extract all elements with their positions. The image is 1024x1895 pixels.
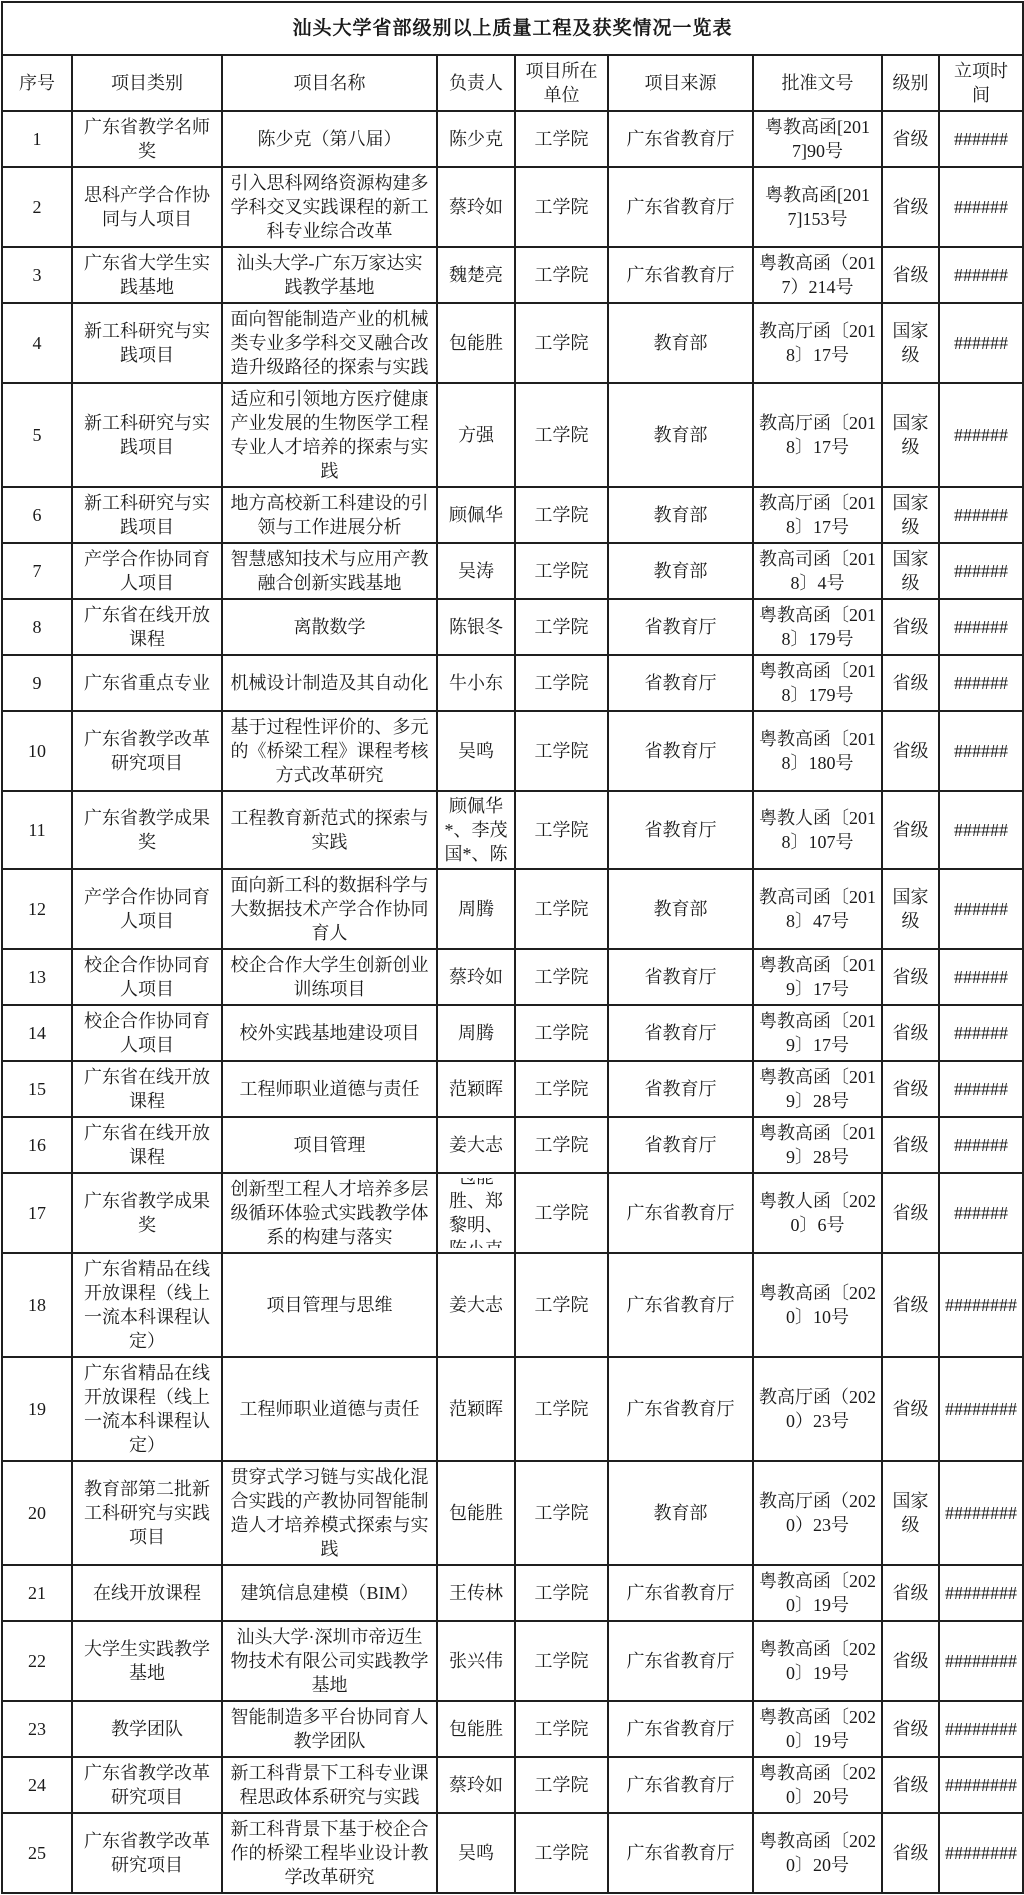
cell-unit: 工学院 — [515, 711, 608, 791]
table-row: 20教育部第二批新工科研究与实践项目贯穿式学习链与实战化混合实践的产教协同智能制… — [2, 1461, 1023, 1565]
cell-category: 产学合作协同育人项目 — [72, 869, 222, 949]
cell-name: 智慧感知技术与应用产教融合创新实践基地 — [222, 543, 437, 599]
column-header-doc_no: 批准文号 — [753, 55, 882, 111]
cell-index: 13 — [2, 949, 72, 1005]
cell-date: ###### — [939, 1117, 1023, 1173]
cell-index: 10 — [2, 711, 72, 791]
cell-unit: 工学院 — [515, 487, 608, 543]
cell-leader: 蔡玲如 — [437, 167, 515, 247]
cell-index: 20 — [2, 1461, 72, 1565]
cell-category: 广东省教学名师奖 — [72, 111, 222, 167]
cell-name: 工程师职业道德与责任 — [222, 1061, 437, 1117]
cell-unit: 工学院 — [515, 1757, 608, 1813]
cell-index: 15 — [2, 1061, 72, 1117]
cell-source: 省教育厅 — [608, 655, 753, 711]
cell-index: 1 — [2, 111, 72, 167]
cell-index: 14 — [2, 1005, 72, 1061]
cell-source: 省教育厅 — [608, 1005, 753, 1061]
cell-unit: 工学院 — [515, 247, 608, 303]
cell-date: ###### — [939, 1005, 1023, 1061]
quality-projects-table: 汕头大学省部级别以上质量工程及获奖情况一览表 序号项目类别项目名称负责人项目所在… — [1, 1, 1024, 1894]
cell-source: 广东省教育厅 — [608, 1621, 753, 1701]
cell-source: 教育部 — [608, 543, 753, 599]
cell-source: 广东省教育厅 — [608, 1173, 753, 1253]
cell-source: 广东省教育厅 — [608, 247, 753, 303]
cell-doc_no: 粤教高函〔2018〕179号 — [753, 599, 882, 655]
cell-name: 项目管理与思维 — [222, 1253, 437, 1357]
cell-doc_no: 粤教高函〔2020〕19号 — [753, 1565, 882, 1621]
cell-category: 新工科研究与实践项目 — [72, 303, 222, 383]
cell-name: 新工科背景下工科专业课程思政体系研究与实践 — [222, 1757, 437, 1813]
cell-unit: 工学院 — [515, 655, 608, 711]
cell-date: ###### — [939, 167, 1023, 247]
table-row: 19广东省精品在线开放课程（线上一流本科课程认定）工程师职业道德与责任范颖晖工学… — [2, 1357, 1023, 1461]
cell-leader: 陈少克 — [437, 111, 515, 167]
cell-level: 省级 — [882, 1813, 939, 1893]
cell-date: ###### — [939, 303, 1023, 383]
cell-unit: 工学院 — [515, 1253, 608, 1357]
cell-category: 在线开放课程 — [72, 1565, 222, 1621]
cell-date: ###### — [939, 1173, 1023, 1253]
table-row: 2思科产学合作协同与人项目引入思科网络资源构建多学科交叉实践课程的新工科专业综合… — [2, 167, 1023, 247]
cell-name: 项目管理 — [222, 1117, 437, 1173]
cell-doc_no: 粤教高函[2017]153号 — [753, 167, 882, 247]
cell-leader: 包能胜、郑黎明、陈小克 — [437, 1173, 515, 1253]
cell-date: ###### — [939, 711, 1023, 791]
table-row: 13校企合作协同育人项目校企合作大学生创新创业训练项目蔡玲如工学院省教育厅粤教高… — [2, 949, 1023, 1005]
cell-index: 18 — [2, 1253, 72, 1357]
cell-level: 省级 — [882, 791, 939, 869]
cell-doc_no: 粤教人函〔2020〕6号 — [753, 1173, 882, 1253]
cell-level: 省级 — [882, 1005, 939, 1061]
cell-level: 省级 — [882, 1701, 939, 1757]
cell-leader: 王传林 — [437, 1565, 515, 1621]
cell-leader: 顾佩华 — [437, 487, 515, 543]
table-row: 9广东省重点专业机械设计制造及其自动化牛小东工学院省教育厅粤教高函〔2018〕1… — [2, 655, 1023, 711]
cell-source: 省教育厅 — [608, 1061, 753, 1117]
cell-level: 省级 — [882, 599, 939, 655]
cell-category: 广东省教学成果奖 — [72, 791, 222, 869]
cell-leader: 姜大志 — [437, 1253, 515, 1357]
cell-doc_no: 教高司函〔2018〕47号 — [753, 869, 882, 949]
cell-doc_no: 教高厅函（2020）23号 — [753, 1357, 882, 1461]
cell-index: 12 — [2, 869, 72, 949]
table-row: 15广东省在线开放课程工程师职业道德与责任范颖晖工学院省教育厅粤教高函〔2019… — [2, 1061, 1023, 1117]
cell-source: 省教育厅 — [608, 599, 753, 655]
cell-category: 广东省精品在线开放课程（线上一流本科课程认定） — [72, 1253, 222, 1357]
cell-unit: 工学院 — [515, 1357, 608, 1461]
cell-source: 广东省教育厅 — [608, 167, 753, 247]
cell-level: 省级 — [882, 1173, 939, 1253]
column-header-level: 级别 — [882, 55, 939, 111]
table-body: 1广东省教学名师奖陈少克（第八届）陈少克工学院广东省教育厅粤教高函[2017]9… — [2, 111, 1023, 1893]
cell-index: 19 — [2, 1357, 72, 1461]
table-row: 4新工科研究与实践项目面向智能制造产业的机械类专业多学科交叉融合改造升级路径的探… — [2, 303, 1023, 383]
table-row: 8广东省在线开放课程离散数学陈银冬工学院省教育厅粤教高函〔2018〕179号省级… — [2, 599, 1023, 655]
cell-category: 校企合作协同育人项目 — [72, 1005, 222, 1061]
cell-date: ###### — [939, 869, 1023, 949]
cell-leader: 陈银冬 — [437, 599, 515, 655]
cell-leader: 方强 — [437, 383, 515, 487]
cell-name: 工程师职业道德与责任 — [222, 1357, 437, 1461]
cell-doc_no: 教高厅函〔2018〕17号 — [753, 487, 882, 543]
cell-unit: 工学院 — [515, 869, 608, 949]
cell-unit: 工学院 — [515, 383, 608, 487]
cell-name: 陈少克（第八届） — [222, 111, 437, 167]
table-row: 14校企合作协同育人项目校外实践基地建设项目周腾工学院省教育厅粤教高函〔2019… — [2, 1005, 1023, 1061]
cell-leader: 吴涛 — [437, 543, 515, 599]
cell-level: 国家级 — [882, 869, 939, 949]
cell-source: 教育部 — [608, 383, 753, 487]
cell-level: 省级 — [882, 711, 939, 791]
cell-date: ###### — [939, 1061, 1023, 1117]
cell-date: ###### — [939, 599, 1023, 655]
cell-level: 国家级 — [882, 303, 939, 383]
cell-unit: 工学院 — [515, 791, 608, 869]
cell-unit: 工学院 — [515, 1565, 608, 1621]
table-row: 6新工科研究与实践项目地方高校新工科建设的引领与工作进展分析顾佩华工学院教育部教… — [2, 487, 1023, 543]
cell-source: 广东省教育厅 — [608, 1757, 753, 1813]
table-row: 3广东省大学生实践基地汕头大学-广东万家达实践教学基地魏楚亮工学院广东省教育厅粤… — [2, 247, 1023, 303]
cell-level: 省级 — [882, 1357, 939, 1461]
cell-unit: 工学院 — [515, 303, 608, 383]
cell-leader: 蔡玲如 — [437, 1757, 515, 1813]
cell-source: 广东省教育厅 — [608, 1357, 753, 1461]
cell-date: ###### — [939, 111, 1023, 167]
cell-name: 工程教育新范式的探索与实践 — [222, 791, 437, 869]
cell-name: 面向新工科的数据科学与大数据技术产学合作协同育人 — [222, 869, 437, 949]
cell-date: ######## — [939, 1701, 1023, 1757]
table-row: 10广东省教学改革研究项目基于过程性评价的、多元的《桥梁工程》课程考核方式改革研… — [2, 711, 1023, 791]
cell-date: ###### — [939, 247, 1023, 303]
cell-level: 省级 — [882, 167, 939, 247]
cell-index: 4 — [2, 303, 72, 383]
cell-category: 广东省大学生实践基地 — [72, 247, 222, 303]
title-row: 汕头大学省部级别以上质量工程及获奖情况一览表 — [2, 2, 1023, 55]
cell-leader: 包能胜 — [437, 1701, 515, 1757]
table-row: 17广东省教学成果奖创新型工程人才培养多层级循环体验式实践教学体系的构建与落实包… — [2, 1173, 1023, 1253]
table-row: 25广东省教学改革研究项目新工科背景下基于校企合作的桥梁工程毕业设计教学改革研究… — [2, 1813, 1023, 1893]
cell-index: 9 — [2, 655, 72, 711]
cell-doc_no: 粤教高函〔2020〕10号 — [753, 1253, 882, 1357]
cell-index: 8 — [2, 599, 72, 655]
cell-level: 省级 — [882, 1621, 939, 1701]
cell-leader: 包能胜 — [437, 303, 515, 383]
cell-category: 广东省在线开放课程 — [72, 1117, 222, 1173]
cell-doc_no: 粤教高函[2017]90号 — [753, 111, 882, 167]
cell-leader: 顾佩华*、李茂国*、陈 — [437, 791, 515, 869]
table-row: 7产学合作协同育人项目智慧感知技术与应用产教融合创新实践基地吴涛工学院教育部教高… — [2, 543, 1023, 599]
cell-unit: 工学院 — [515, 1061, 608, 1117]
table-row: 5新工科研究与实践项目适应和引领地方医疗健康产业发展的生物医学工程专业人才培养的… — [2, 383, 1023, 487]
cell-date: ###### — [939, 383, 1023, 487]
cell-date: ###### — [939, 791, 1023, 869]
cell-unit: 工学院 — [515, 1117, 608, 1173]
cell-leader: 蔡玲如 — [437, 949, 515, 1005]
cell-name: 地方高校新工科建设的引领与工作进展分析 — [222, 487, 437, 543]
cell-category: 广东省教学成果奖 — [72, 1173, 222, 1253]
cell-category: 广东省教学改革研究项目 — [72, 711, 222, 791]
cell-doc_no: 粤教高函〔2019〕17号 — [753, 1005, 882, 1061]
header-row: 序号项目类别项目名称负责人项目所在单位项目来源批准文号级别立项时间 — [2, 55, 1023, 111]
cell-date: ######## — [939, 1253, 1023, 1357]
cell-name: 基于过程性评价的、多元的《桥梁工程》课程考核方式改革研究 — [222, 711, 437, 791]
column-header-unit: 项目所在单位 — [515, 55, 608, 111]
cell-category: 思科产学合作协同与人项目 — [72, 167, 222, 247]
cell-name: 汕头大学-广东万家达实践教学基地 — [222, 247, 437, 303]
cell-leader: 范颖晖 — [437, 1061, 515, 1117]
cell-unit: 工学院 — [515, 599, 608, 655]
cell-date: ######## — [939, 1565, 1023, 1621]
cell-date: ###### — [939, 487, 1023, 543]
column-header-date: 立项时间 — [939, 55, 1023, 111]
cell-level: 省级 — [882, 1061, 939, 1117]
cell-category: 广东省在线开放课程 — [72, 1061, 222, 1117]
column-header-category: 项目类别 — [72, 55, 222, 111]
cell-level: 省级 — [882, 1757, 939, 1813]
cell-date: ######## — [939, 1461, 1023, 1565]
cell-category: 校企合作协同育人项目 — [72, 949, 222, 1005]
cell-category: 教学团队 — [72, 1701, 222, 1757]
cell-level: 省级 — [882, 655, 939, 711]
cell-level: 国家级 — [882, 383, 939, 487]
cell-index: 5 — [2, 383, 72, 487]
cell-leader: 姜大志 — [437, 1117, 515, 1173]
cell-name: 智能制造多平台协同育人教学团队 — [222, 1701, 437, 1757]
cell-index: 2 — [2, 167, 72, 247]
cell-leader: 包能胜 — [437, 1461, 515, 1565]
cell-unit: 工学院 — [515, 949, 608, 1005]
cell-doc_no: 粤教高函（2017）214号 — [753, 247, 882, 303]
cell-doc_no: 粤教高函〔2020〕20号 — [753, 1757, 882, 1813]
cell-leader: 魏楚亮 — [437, 247, 515, 303]
cell-unit: 工学院 — [515, 167, 608, 247]
cell-unit: 工学院 — [515, 1005, 608, 1061]
cell-source: 广东省教育厅 — [608, 1565, 753, 1621]
cell-source: 广东省教育厅 — [608, 111, 753, 167]
cell-name: 面向智能制造产业的机械类专业多学科交叉融合改造升级路径的探索与实践 — [222, 303, 437, 383]
cell-name: 建筑信息建模（BIM） — [222, 1565, 437, 1621]
cell-leader: 张兴伟 — [437, 1621, 515, 1701]
table-row: 11广东省教学成果奖工程教育新范式的探索与实践顾佩华*、李茂国*、陈工学院省教育… — [2, 791, 1023, 869]
cell-name: 机械设计制造及其自动化 — [222, 655, 437, 711]
cell-leader: 周腾 — [437, 1005, 515, 1061]
cell-index: 3 — [2, 247, 72, 303]
cell-level: 国家级 — [882, 487, 939, 543]
cell-doc_no: 粤教高函〔2018〕179号 — [753, 655, 882, 711]
cell-doc_no: 粤教高函〔2019〕28号 — [753, 1061, 882, 1117]
table-row: 21在线开放课程建筑信息建模（BIM）王传林工学院广东省教育厅粤教高函〔2020… — [2, 1565, 1023, 1621]
table-row: 18广东省精品在线开放课程（线上一流本科课程认定）项目管理与思维姜大志工学院广东… — [2, 1253, 1023, 1357]
cell-doc_no: 粤教人函〔2018〕107号 — [753, 791, 882, 869]
cell-category: 广东省精品在线开放课程（线上一流本科课程认定） — [72, 1357, 222, 1461]
cell-index: 7 — [2, 543, 72, 599]
cell-category: 广东省教学改革研究项目 — [72, 1813, 222, 1893]
cell-doc_no: 粤教高函〔2020〕20号 — [753, 1813, 882, 1893]
cell-leader: 吴鸣 — [437, 711, 515, 791]
cell-index: 25 — [2, 1813, 72, 1893]
cell-index: 6 — [2, 487, 72, 543]
cell-level: 省级 — [882, 949, 939, 1005]
table-row: 1广东省教学名师奖陈少克（第八届）陈少克工学院广东省教育厅粤教高函[2017]9… — [2, 111, 1023, 167]
cell-date: ###### — [939, 949, 1023, 1005]
cell-unit: 工学院 — [515, 1813, 608, 1893]
cell-category: 广东省重点专业 — [72, 655, 222, 711]
cell-category: 广东省教学改革研究项目 — [72, 1757, 222, 1813]
cell-doc_no: 粤教高函〔2019〕17号 — [753, 949, 882, 1005]
cell-level: 省级 — [882, 1565, 939, 1621]
cell-leader: 牛小东 — [437, 655, 515, 711]
cell-unit: 工学院 — [515, 1461, 608, 1565]
cell-category: 教育部第二批新工科研究与实践项目 — [72, 1461, 222, 1565]
cell-doc_no: 教高厅函〔2018〕17号 — [753, 303, 882, 383]
cell-doc_no: 粤教高函〔2018〕180号 — [753, 711, 882, 791]
cell-level: 省级 — [882, 247, 939, 303]
table-row: 23教学团队智能制造多平台协同育人教学团队包能胜工学院广东省教育厅粤教高函〔20… — [2, 1701, 1023, 1757]
table-row: 12产学合作协同育人项目面向新工科的数据科学与大数据技术产学合作协同育人周腾工学… — [2, 869, 1023, 949]
cell-index: 24 — [2, 1757, 72, 1813]
cell-index: 21 — [2, 1565, 72, 1621]
cell-unit: 工学院 — [515, 543, 608, 599]
cell-leader: 周腾 — [437, 869, 515, 949]
cell-source: 省教育厅 — [608, 791, 753, 869]
cell-name: 适应和引领地方医疗健康产业发展的生物医学工程专业人才培养的探索与实践 — [222, 383, 437, 487]
cell-name: 贯穿式学习链与实战化混合实践的产教协同智能制造人才培养模式探索与实践 — [222, 1461, 437, 1565]
cell-name: 离散数学 — [222, 599, 437, 655]
cell-index: 22 — [2, 1621, 72, 1701]
cell-doc_no: 粤教高函〔2020〕19号 — [753, 1621, 882, 1701]
cell-source: 省教育厅 — [608, 711, 753, 791]
cell-name: 校外实践基地建设项目 — [222, 1005, 437, 1061]
cell-category: 大学生实践教学基地 — [72, 1621, 222, 1701]
cell-source: 教育部 — [608, 303, 753, 383]
cell-unit: 工学院 — [515, 1701, 608, 1757]
cell-name: 引入思科网络资源构建多学科交叉实践课程的新工科专业综合改革 — [222, 167, 437, 247]
cell-level: 省级 — [882, 1253, 939, 1357]
cell-unit: 工学院 — [515, 1621, 608, 1701]
cell-date: ###### — [939, 655, 1023, 711]
table-row: 16广东省在线开放课程项目管理姜大志工学院省教育厅粤教高函〔2019〕28号省级… — [2, 1117, 1023, 1173]
cell-leader: 吴鸣 — [437, 1813, 515, 1893]
cell-name: 校企合作大学生创新创业训练项目 — [222, 949, 437, 1005]
column-header-source: 项目来源 — [608, 55, 753, 111]
spreadsheet-page: 汕头大学省部级别以上质量工程及获奖情况一览表 序号项目类别项目名称负责人项目所在… — [0, 0, 1024, 1895]
cell-doc_no: 粤教高函〔2019〕28号 — [753, 1117, 882, 1173]
column-header-leader: 负责人 — [437, 55, 515, 111]
table-row: 24广东省教学改革研究项目新工科背景下工科专业课程思政体系研究与实践蔡玲如工学院… — [2, 1757, 1023, 1813]
cell-source: 教育部 — [608, 1461, 753, 1565]
cell-date: ######## — [939, 1757, 1023, 1813]
cell-date: ######## — [939, 1621, 1023, 1701]
cell-category: 产学合作协同育人项目 — [72, 543, 222, 599]
cell-source: 广东省教育厅 — [608, 1701, 753, 1757]
cell-level: 省级 — [882, 111, 939, 167]
cell-source: 教育部 — [608, 869, 753, 949]
cell-source: 教育部 — [608, 487, 753, 543]
table-row: 22大学生实践教学基地汕头大学·深圳市帝迈生物技术有限公司实践教学基地张兴伟工学… — [2, 1621, 1023, 1701]
cell-leader: 范颖晖 — [437, 1357, 515, 1461]
cell-index: 16 — [2, 1117, 72, 1173]
cell-index: 23 — [2, 1701, 72, 1757]
cell-level: 省级 — [882, 1117, 939, 1173]
cell-index: 17 — [2, 1173, 72, 1253]
cell-index: 11 — [2, 791, 72, 869]
cell-category: 新工科研究与实践项目 — [72, 383, 222, 487]
cell-name: 新工科背景下基于校企合作的桥梁工程毕业设计教学改革研究 — [222, 1813, 437, 1893]
cell-date: ###### — [939, 543, 1023, 599]
cell-name: 创新型工程人才培养多层级循环体验式实践教学体系的构建与落实 — [222, 1173, 437, 1253]
cell-source: 省教育厅 — [608, 1117, 753, 1173]
cell-unit: 工学院 — [515, 1173, 608, 1253]
cell-doc_no: 教高司函〔2018〕4号 — [753, 543, 882, 599]
cell-source: 省教育厅 — [608, 949, 753, 1005]
page-title: 汕头大学省部级别以上质量工程及获奖情况一览表 — [2, 2, 1023, 55]
cell-source: 广东省教育厅 — [608, 1813, 753, 1893]
column-header-name: 项目名称 — [222, 55, 437, 111]
cell-category: 新工科研究与实践项目 — [72, 487, 222, 543]
cell-level: 国家级 — [882, 543, 939, 599]
cell-doc_no: 教高厅函〔2018〕17号 — [753, 383, 882, 487]
cell-source: 广东省教育厅 — [608, 1253, 753, 1357]
cell-name: 汕头大学·深圳市帝迈生物技术有限公司实践教学基地 — [222, 1621, 437, 1701]
column-header-index: 序号 — [2, 55, 72, 111]
cell-date: ######## — [939, 1357, 1023, 1461]
cell-doc_no: 粤教高函〔2020〕19号 — [753, 1701, 882, 1757]
cell-unit: 工学院 — [515, 111, 608, 167]
cell-date: ######## — [939, 1813, 1023, 1893]
cell-category: 广东省在线开放课程 — [72, 599, 222, 655]
cell-level: 国家级 — [882, 1461, 939, 1565]
cell-doc_no: 教高厅函（2020）23号 — [753, 1461, 882, 1565]
